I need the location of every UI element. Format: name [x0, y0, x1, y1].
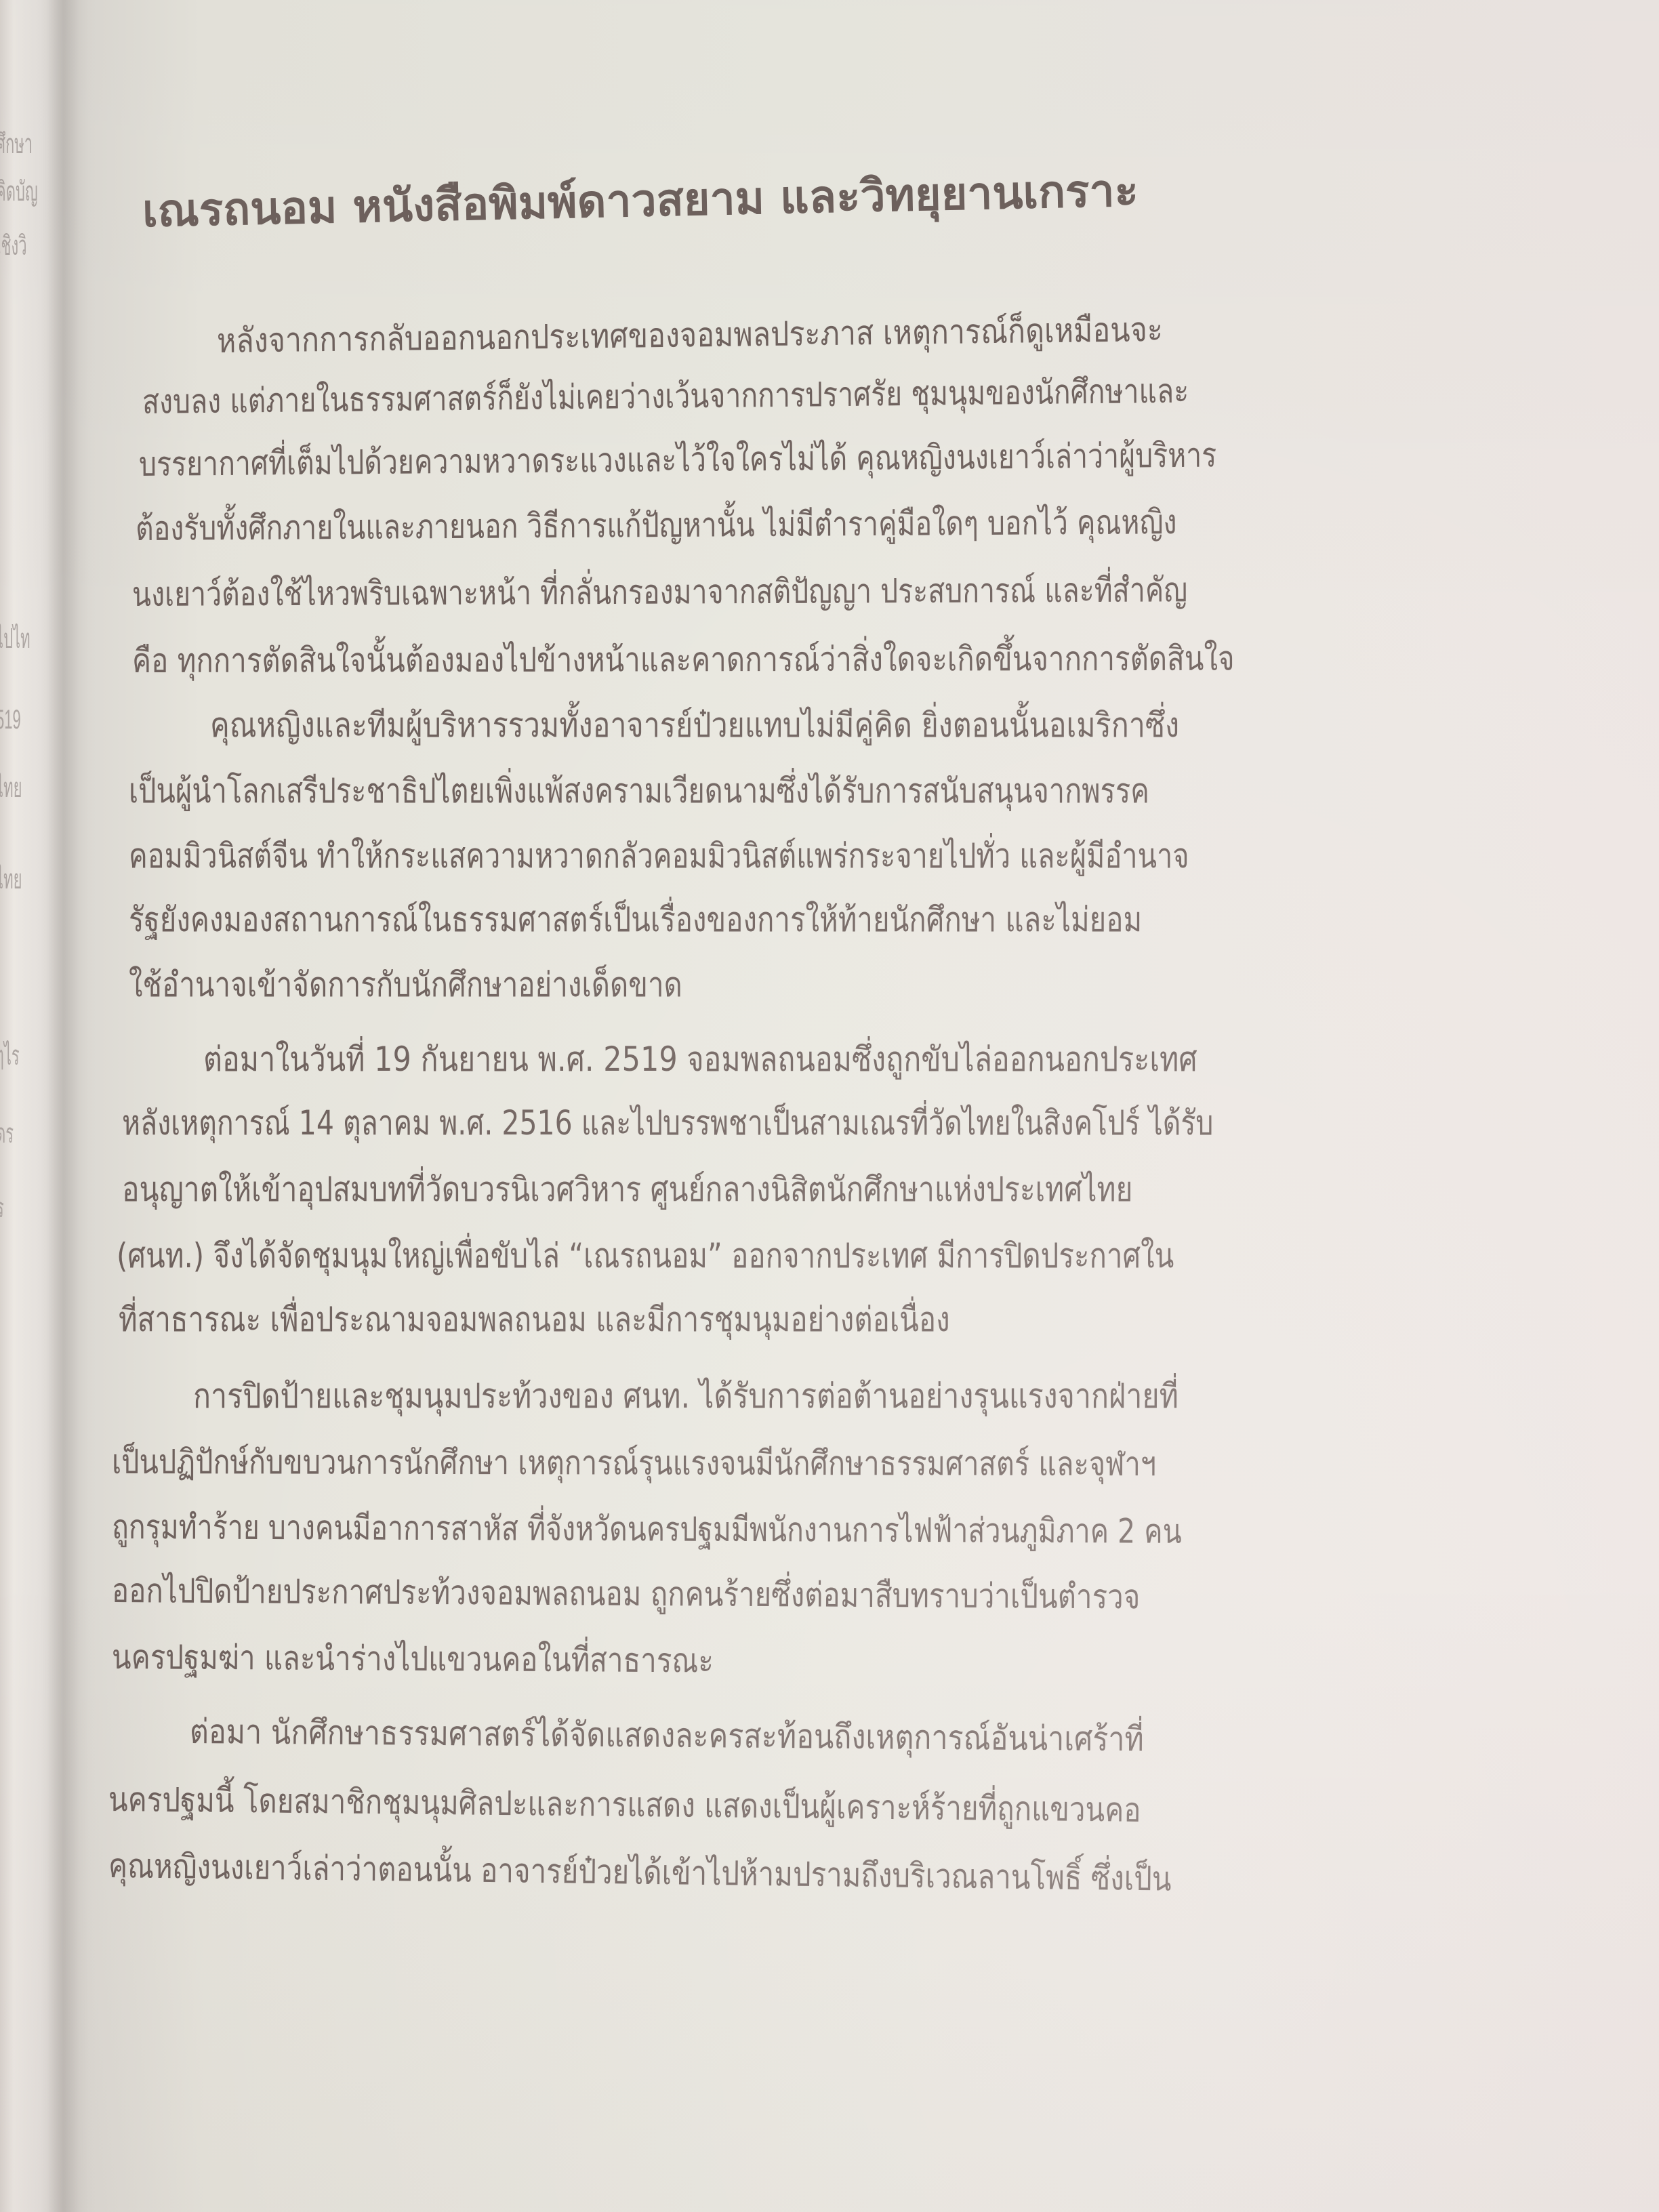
- text-line: รัฐยังคงมองสถานการณ์ในธรรมศาสตร์เป็นเรื่…: [129, 903, 1142, 937]
- text-line: ต่อมาในวันที่ 19 กันยายน พ.ศ. 2519 จอมพล…: [203, 1042, 1197, 1076]
- book-gutter-shadow: [47, 0, 95, 2212]
- text-line: ต่อมา นักศึกษาธรรมศาสตร์ได้จัดแสดงละครสะ…: [190, 1715, 1144, 1756]
- section-title: เณรถนอม หนังสือพิมพ์ดาวสยาม และวิทยุยานเ…: [142, 148, 1431, 247]
- facing-page-fragment: คิดบัญ: [0, 169, 38, 213]
- text-line: การปิดป้ายและชุมนุมประท้วงของ ศนท. ได้รั…: [193, 1379, 1179, 1413]
- text-line: คุณหญิงและทีมผู้บริหารรวมทั้งอาจารย์ป๋วย…: [210, 708, 1179, 742]
- text-line: ออกไปปิดป้ายประกาศประท้วงจอมพลถนอม ถูกคน…: [112, 1574, 1141, 1614]
- text-line: หลังจากการกลับออกนอกประเทศของจอมพลประภาส…: [217, 312, 1163, 358]
- facing-page-fragment: ไปไท: [0, 617, 30, 660]
- facing-page-fragment: 519: [0, 705, 21, 735]
- text-line: นครปฐมฆ่า และนำร่างไปแขวนคอในที่สาธารณะ: [112, 1640, 714, 1678]
- facing-page-fragment: ไทย: [0, 857, 22, 901]
- text-line: ใช้อำนาจเข้าจัดการกับนักศึกษาอย่างเด็ดขา…: [129, 968, 682, 1002]
- text-line: นครปฐมนี้ โดยสมาชิกชุมนุมศิลปะและการแสดง…: [108, 1782, 1141, 1827]
- text-line: เป็นปฏิปักษ์กับขบวนการนักศึกษา เหตุการณ์…: [112, 1445, 1156, 1481]
- text-line: สงบลง แต่ภายในธรรมศาสตร์ก็ยังไม่เคยว่างเ…: [142, 374, 1189, 419]
- text-line: บรรยากาศที่เต็มไปด้วยความหวาดระแวงและไว้…: [139, 438, 1217, 481]
- facing-page-fragment: ร: [0, 1186, 4, 1229]
- text-line: หลังเหตุการณ์ 14 ตุลาคม พ.ศ. 2516 และไปบ…: [122, 1106, 1213, 1140]
- facing-page-fragment: เชิงวิ: [0, 224, 27, 267]
- facing-page-fragment: ๆไร: [0, 1033, 20, 1077]
- text-line: นงเยาว์ต้องใช้ไหวพริบเฉพาะหน้า ที่กลั่นก…: [132, 573, 1187, 611]
- facing-page-fragment: ไทย: [0, 766, 22, 809]
- text-line: เป็นผู้นำโลกเสรีประชาธิปไตยเพิ่งแพ้สงครา…: [129, 774, 1149, 808]
- facing-page-fragment: ศึกษา: [0, 122, 33, 165]
- text-line: (ศนท.) จึงได้จัดชุมนุมใหญ่เพื่อขับไล่ “เ…: [117, 1239, 1174, 1273]
- facing-page-fragment: ดร: [0, 1111, 14, 1155]
- text-line: คือ ทุกการตัดสินใจนั้นต้องมองไปข้างหน้าแ…: [132, 642, 1235, 678]
- text-line: คุณหญิงนงเยาว์เล่าว่าตอนนั้น อาจารย์ป๋วย…: [108, 1849, 1172, 1896]
- text-line: ถูกรุมทำร้าย บางคนมีอาการสาหัส ที่จังหวั…: [112, 1510, 1182, 1549]
- text-line: อนุญาตให้เข้าอุปสมบทที่วัดบวรนิเวศวิหาร …: [122, 1172, 1132, 1206]
- text-line: ต้องรับทั้งศึกภายในและภายนอก วิธีการแก้ป…: [136, 505, 1177, 546]
- text-line: ที่สาธารณะ เพื่อประณามจอมพลถนอม และมีการ…: [119, 1303, 950, 1336]
- text-line: คอมมิวนิสต์จีน ทำให้กระแสความหวาดกลัวคอม…: [129, 839, 1189, 873]
